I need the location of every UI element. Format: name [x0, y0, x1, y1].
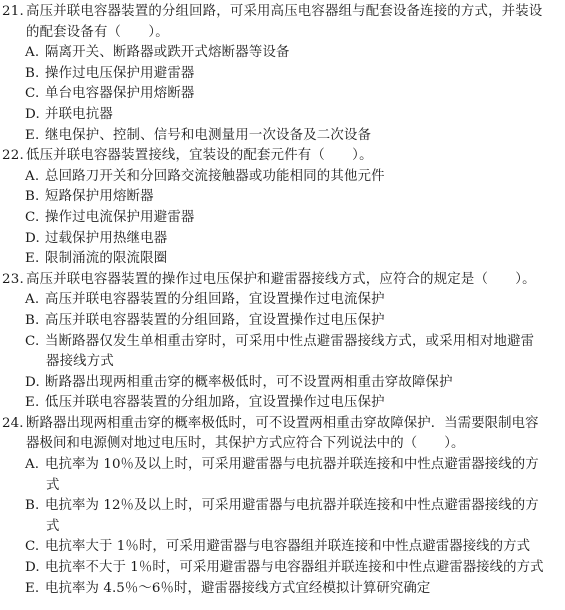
question-stem: 24.断路器出现两相重击穿的概率极低时，可不设置两相重击穿故障保护．当需要限制电… [0, 414, 565, 435]
option-c: C.当断路器仅发生单相重击穿时，可采用中性点避雷器接线方式，或采用相对地避雷 [0, 332, 565, 353]
option-e: E.继电保护、控制、信号和电测量用一次设备及二次设备 [0, 126, 565, 147]
question-stem: 23.高压并联电容器装置的操作过电压保护和避雷器接线方式，应符合的规定是（ ）。 [0, 270, 565, 291]
option-letter: C. [25, 537, 45, 558]
question-number: 23. [2, 270, 26, 291]
option-text: 总回路刀开关和分回路交流接触器或功能相同的其他元件 [45, 169, 385, 184]
option-text: 低压并联电容器装置的分组加路，宜设置操作过电压保护 [45, 395, 385, 410]
option-text: 高压并联电容器装置的分组回路，宜设置操作过电流保护 [45, 292, 385, 307]
option-letter: E. [25, 126, 45, 147]
option-c: C.电抗率大于 1％时，可采用避雷器与电容器组并联连接和中性点避雷器接线的方式 [0, 537, 565, 558]
option-b: B.高压并联电容器装置的分组回路，宜设置操作过电压保护 [0, 311, 565, 332]
option-text: 操作过电压保护用避雷器 [45, 66, 195, 81]
option-letter: A. [25, 290, 45, 311]
question-24: 24.断路器出现两相重击穿的概率极低时，可不设置两相重击穿故障保护．当需要限制电… [0, 414, 565, 599]
option-b: B.短路保护用熔断器 [0, 187, 565, 208]
option-letter: E. [25, 579, 45, 600]
option-text: 当断路器仅发生单相重击穿时，可采用中性点避雷器接线方式，或采用相对地避雷 [45, 334, 534, 349]
option-b: B.操作过电压保护用避雷器 [0, 64, 565, 85]
option-text: 断路器出现两相重击穿的概率极低时，可不设置两相重击穿故障保护 [45, 375, 453, 390]
stem-text: 低压并联电容器装置接线，宜装设的配套元件有（ ）。 [26, 148, 373, 163]
option-letter: A. [25, 455, 45, 476]
option-letter: E. [25, 249, 45, 270]
option-text: 隔离开关、断路器或跌开式熔断器等设备 [45, 45, 290, 60]
option-a: A.隔离开关、断路器或跌开式熔断器等设备 [0, 43, 565, 64]
option-text: 限制涌流的限流限圈 [45, 251, 167, 266]
question-22: 22.低压并联电容器装置接线，宜装设的配套元件有（ ）。 A.总回路刀开关和分回… [0, 146, 565, 270]
option-letter: A. [25, 43, 45, 64]
option-b: B.电抗率为 12％及以上时，可采用避雷器与电抗器并联连接和中性点避雷器接线的方 [0, 496, 565, 517]
option-text: 电抗率为 12％及以上时，可采用避雷器与电抗器并联连接和中性点避雷器接线的方 [45, 498, 539, 513]
option-letter: C. [25, 84, 45, 105]
question-number: 22. [2, 146, 26, 167]
option-letter: B. [25, 187, 45, 208]
stem-text: 断路器出现两相重击穿的概率极低时，可不设置两相重击穿故障保护．当需要限制电容 [26, 416, 539, 431]
option-c-continued: 器接线方式 [0, 352, 565, 373]
option-text: 电抗率不大于 1％时，可采用避雷器与电容器组并联连接和中性点避雷器接线的方式 [45, 560, 544, 575]
option-letter: E. [25, 393, 45, 414]
option-letter: D. [25, 373, 45, 394]
question-stem-continued: 的配套设备有（ ）。 [0, 23, 565, 44]
question-stem: 21.高压并联电容器装置的分组回路，可采用高压电容器组与配套设备连接的方式，并装… [0, 2, 565, 23]
option-text: 电抗率为 4.5％～6％时，避雷器接线方式宜经模拟计算研究确定 [45, 581, 430, 596]
question-stem: 22.低压并联电容器装置接线，宜装设的配套元件有（ ）。 [0, 146, 565, 167]
option-letter: B. [25, 311, 45, 332]
option-d: D.过载保护用热继电器 [0, 229, 565, 250]
option-d: D.并联电抗器 [0, 105, 565, 126]
option-letter: D. [25, 105, 45, 126]
option-text: 并联电抗器 [45, 107, 113, 122]
option-text: 过载保护用热继电器 [45, 231, 167, 246]
option-letter: D. [25, 229, 45, 250]
option-c: C.单台电容器保护用熔断器 [0, 84, 565, 105]
option-text: 操作过电流保护用避雷器 [45, 210, 195, 225]
option-letter: C. [25, 332, 45, 353]
option-e: E.低压并联电容器装置的分组加路，宜设置操作过电压保护 [0, 393, 565, 414]
option-letter: B. [25, 64, 45, 85]
question-number: 21. [2, 2, 26, 23]
option-d: D.电抗率不大于 1％时，可采用避雷器与电容器组并联连接和中性点避雷器接线的方式 [0, 558, 565, 579]
question-number: 24. [2, 414, 26, 435]
option-a: A.电抗率为 10％及以上时，可采用避雷器与电抗器并联连接和中性点避雷器接线的方 [0, 455, 565, 476]
option-a: A.总回路刀开关和分回路交流接触器或功能相同的其他元件 [0, 167, 565, 188]
question-stem-continued: 器极间和电源侧对地过电压时，其保护方式应符合下列说法中的（ ）。 [0, 434, 565, 455]
option-e: E.限制涌流的限流限圈 [0, 249, 565, 270]
option-b-continued: 式 [0, 517, 565, 538]
document-page: 21.高压并联电容器装置的分组回路，可采用高压电容器组与配套设备连接的方式，并装… [0, 0, 565, 610]
option-text: 电抗率为 10％及以上时，可采用避雷器与电抗器并联连接和中性点避雷器接线的方 [45, 457, 539, 472]
option-a-continued: 式 [0, 476, 565, 497]
option-letter: C. [25, 208, 45, 229]
option-d: D.断路器出现两相重击穿的概率极低时，可不设置两相重击穿故障保护 [0, 373, 565, 394]
option-text: 继电保护、控制、信号和电测量用一次设备及二次设备 [45, 128, 371, 143]
stem-text: 高压并联电容器装置的操作过电压保护和避雷器接线方式，应符合的规定是（ ）。 [26, 272, 536, 287]
option-letter: A. [25, 167, 45, 188]
option-letter: B. [25, 496, 45, 517]
option-e: E.电抗率为 4.5％～6％时，避雷器接线方式宜经模拟计算研究确定 [0, 579, 565, 600]
option-a: A.高压并联电容器装置的分组回路，宜设置操作过电流保护 [0, 290, 565, 311]
option-text: 短路保护用熔断器 [45, 189, 154, 204]
stem-text: 高压并联电容器装置的分组回路，可采用高压电容器组与配套设备连接的方式，并装设 [26, 4, 542, 19]
option-text: 单台电容器保护用熔断器 [45, 86, 195, 101]
option-text: 电抗率大于 1％时，可采用避雷器与电容器组并联连接和中性点避雷器接线的方式 [45, 539, 530, 554]
question-23: 23.高压并联电容器装置的操作过电压保护和避雷器接线方式，应符合的规定是（ ）。… [0, 270, 565, 414]
option-letter: D. [25, 558, 45, 579]
question-21: 21.高压并联电容器装置的分组回路，可采用高压电容器组与配套设备连接的方式，并装… [0, 2, 565, 146]
option-c: C.操作过电流保护用避雷器 [0, 208, 565, 229]
option-text: 高压并联电容器装置的分组回路，宜设置操作过电压保护 [45, 313, 385, 328]
